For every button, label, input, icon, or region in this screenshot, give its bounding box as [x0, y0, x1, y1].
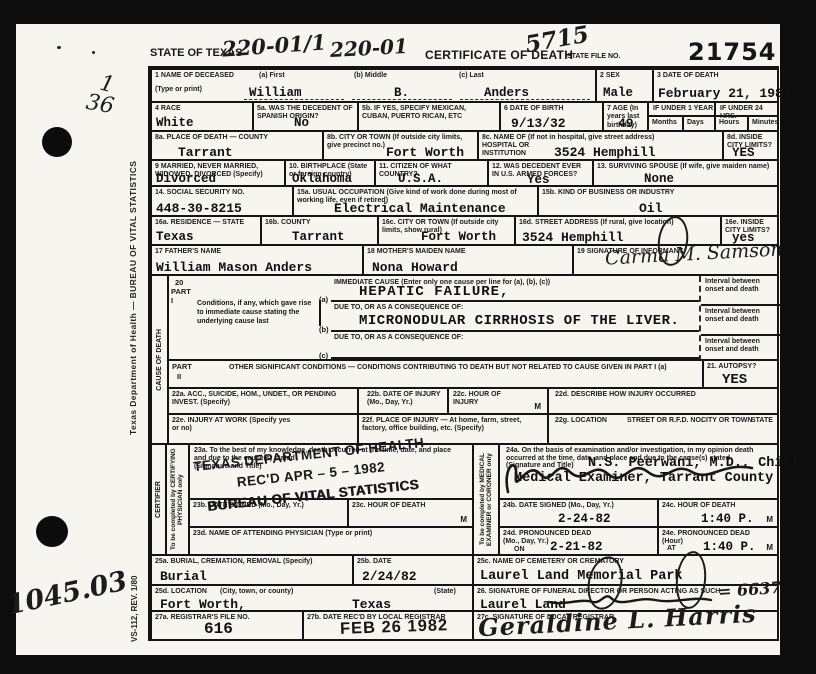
injury-location-label: 22g. LOCATION [555, 417, 607, 425]
handwritten-code-2: 220-01 [329, 34, 408, 62]
injury-street-label: STREET OR R.F.D. NO. [627, 417, 703, 425]
punch-hole-bottom [36, 516, 68, 547]
cause-part1-section: 20 PART I IMMEDIATE CAUSE (Enter only on… [167, 274, 777, 359]
interval-label-a: Interval between onset and death [705, 278, 775, 295]
hours-label: Hours [719, 119, 739, 127]
hour-of-death-24c-m: M [766, 515, 773, 524]
field-date-of-death: 3 DATE OF DEATH February 21, 1982 [652, 68, 777, 101]
location-sub-label: (City, town, or county) [220, 588, 293, 596]
cemetery-value: Laurel Land Memorial Park [480, 569, 683, 584]
cause-a-value: HEPATIC FAILURE, [359, 284, 509, 300]
spouse-label: 13. SURVIVING SPOUSE (If wife, give maid… [597, 163, 775, 171]
field-mother-name: 18 MOTHER'S MAIDEN NAME Nona Howard [362, 244, 572, 274]
field-residence-street: 16d. STREET ADDRESS (If rural, give loca… [514, 215, 720, 244]
field-27a: 27a. REGISTRAR'S FILE NO. 616 [150, 610, 302, 639]
field-24c: 24c. HOUR OF DEATH 1:40 P. M [657, 498, 777, 526]
underline [352, 99, 452, 100]
field-industry: 15b. KIND OF BUSINESS OR INDUSTRY Oil [537, 185, 777, 215]
other-conditions-label: OTHER SIGNIFICANT CONDITIONS — CONDITION… [229, 364, 689, 372]
spanish-specify-label: 5b. IF YES, SPECIFY MEXICAN, CUBAN, PUER… [362, 105, 492, 122]
interval-column: Interval between onset and death Interva… [699, 276, 781, 361]
citizen-value: U.S.A. [398, 172, 443, 186]
hospital-label2: HOSPITAL OR [482, 142, 529, 150]
field-autopsy: 21. AUTOPSY? YES [702, 359, 777, 387]
part2-number: II [177, 373, 181, 382]
field-24d: 24d. PRONOUNCED DEAD (Mo., Day, Yr.) ON … [498, 526, 657, 554]
field-father-name: 17 FATHER'S NAME William Mason Anders [150, 244, 362, 274]
field-25b: 25b. DATE 2/24/82 [352, 554, 472, 584]
certificate-number: 21754 [688, 38, 777, 66]
date-of-birth-value: 9/13/32 [511, 116, 566, 131]
field-27b: 27b. DATE REC'D BY LOCAL REGISTRAR FEB 2… [302, 610, 472, 639]
pronounced-date-value: 2-21-82 [550, 540, 603, 554]
sex-label: 2 SEX [600, 72, 620, 80]
burial-label: 25a. BURIAL, CREMATION, REMOVAL (Specify… [155, 558, 313, 566]
minutes-label: Minutes [752, 119, 778, 127]
first-name-value: William [249, 86, 302, 100]
hospital-label3: INSTITUTION [482, 150, 526, 158]
due-to-2: DUE TO, OR AS A CONSEQUENCE OF: [334, 334, 463, 342]
scan-speck [92, 51, 95, 54]
field-spanish-specify: 5b. IF YES, SPECIFY MEXICAN, CUBAN, PUER… [357, 101, 499, 130]
attending-physician-label: 23d. NAME OF ATTENDING PHYSICIAN (Type o… [193, 530, 372, 538]
under-1-year-label: IF UNDER 1 YEAR [653, 105, 715, 113]
line-b-label: (b) [319, 326, 329, 335]
date-of-death-label: 3 DATE OF DEATH [657, 72, 719, 80]
how-injury-label: 22d. DESCRIBE HOW INJURY OCCURRED [555, 391, 696, 399]
cause-part2-section: PART II OTHER SIGNIFICANT CONDITIONS — C… [167, 359, 702, 387]
pronounced-hour-m: M [766, 543, 773, 552]
physician-strip-label: To be completed by CERTIFYING PHYSICIAN … [170, 445, 184, 554]
field-under-1-year: IF UNDER 1 YEAR Months Days [647, 101, 714, 130]
residence-state-label: 16a. RESIDENCE — STATE [155, 219, 244, 227]
residence-city-value: Fort Worth [421, 230, 496, 244]
field-how-injury: 22d. DESCRIBE HOW INJURY OCCURRED [547, 387, 777, 413]
injury-state-label: STATE [751, 417, 773, 425]
punch-hole-top [42, 127, 72, 157]
underline [244, 99, 344, 100]
examiner-strip-label: To be completed by MEDICAL EXAMINER or C… [479, 445, 493, 554]
date-of-injury-label: 22b. DATE OF INJURY (Mo., Day, Yr.) [367, 391, 445, 408]
certifier-vertical-label: CERTIFIER [155, 481, 163, 518]
hospital-value: 3524 Hemphill [554, 145, 655, 160]
part2-label: PART [172, 363, 192, 372]
scanned-death-certificate: 1 36 Texas Department of Health — BUREAU… [0, 0, 816, 674]
hour-of-death-24c-label: 24c. HOUR OF DEATH [662, 502, 735, 510]
field-birthplace: 10. BIRTHPLACE (State or foreign country… [284, 159, 374, 185]
field-name-sub: (Type or print) [155, 86, 202, 94]
date-signed-24b-label: 24b. DATE SIGNED (Mo., Day, Yr.) [503, 502, 614, 510]
field-spanish-origin: 5a. WAS THE DECEDENT OF SPANISH ORIGIN? … [252, 101, 357, 130]
hour-of-death-23c-label: 23c. HOUR OF DEATH [352, 502, 425, 510]
field-armed-forces: 12. WAS DECEDENT EVER IN U.S. ARMED FORC… [487, 159, 592, 185]
interval-divider-2 [701, 334, 781, 336]
conditions-note: Conditions, if any, which gave rise to i… [197, 300, 321, 326]
cause-b-underline [331, 330, 699, 332]
field-name-label: 1 NAME OF DECEASED [155, 72, 245, 80]
margin-handwritten-36: 36 [84, 90, 116, 119]
autopsy-value: YES [722, 372, 747, 388]
injury-city-label: CITY OR TOWN [701, 417, 752, 425]
field-inside-city-limits-1: 8d. INSIDE CITY LIMITS? YES [722, 130, 777, 159]
part1-label: PART I [171, 288, 195, 306]
last-name-value: Anders [484, 86, 529, 100]
middle-name-value: B. [394, 86, 409, 100]
field-occupation: 15a. USUAL OCCUPATION (Give kind of work… [292, 185, 537, 215]
field-citizen: 11. CITIZEN OF WHAT COUNTRY? U.S.A. [374, 159, 487, 185]
hour-of-death-23c-m: M [460, 515, 467, 524]
field-24b: 24b. DATE SIGNED (Mo., Day, Yr.) 2-24-82 [498, 498, 657, 526]
hospital-label: 8c. NAME OF (If not in hospital, give st… [482, 134, 712, 142]
cause-of-death-strip: CAUSE OF DEATH [150, 274, 167, 443]
registrar-file-value: 616 [204, 620, 233, 638]
field-25a: 25a. BURIAL, CREMATION, REMOVAL (Specify… [150, 554, 352, 584]
hour-of-injury-label: 22c. HOUR OF INJURY [453, 391, 513, 408]
underline [460, 99, 590, 100]
injury-at-work-label: 22e. INJURY AT WORK (Specify yes or no) [172, 417, 292, 434]
last-name-label: (c) Last [459, 72, 484, 80]
industry-value: Oil [639, 201, 662, 216]
birthplace-value: Oklahoma [292, 172, 352, 186]
field-hospital: 8c. NAME OF (If not in hospital, give st… [477, 130, 722, 159]
hour-of-death-24c-value: 1:40 P. [701, 512, 754, 526]
months-label: Months [652, 119, 677, 127]
registrar-file-label: 27a. REGISTRAR'S FILE NO. [155, 614, 250, 622]
inside-city-limits-1-value: YES [732, 146, 755, 160]
burial-value: Burial [160, 569, 207, 584]
date-of-birth-label: 6 DATE OF BIRTH [504, 105, 563, 113]
pod-county-label: 8a. PLACE OF DEATH — COUNTY [155, 134, 268, 142]
physician-strip: To be completed by CERTIFYING PHYSICIAN … [165, 443, 188, 554]
mother-name-value: Nona Howard [372, 260, 458, 275]
examiner-signature [500, 452, 760, 497]
acc-suicide-label: 22a. ACC., SUICIDE, HOM., UNDET., OR PEN… [172, 391, 352, 408]
pronounced-hour-value: 1:40 P. [703, 540, 756, 554]
date-signed-24b-value: 2-24-82 [558, 512, 611, 526]
race-label: 4 RACE [155, 105, 181, 113]
field-24e: 24e. PRONOUNCED DEAD (Hour) AT 1:40 P. M [657, 526, 777, 554]
industry-label: 15b. KIND OF BUSINESS OR INDUSTRY [542, 189, 674, 197]
place-of-injury-label: 22f. PLACE OF INJURY — At home, farm, st… [362, 417, 542, 434]
field-residence-county: 16b. COUNTY Tarrant [260, 215, 377, 244]
field-25d: 25d. LOCATION (City, town, or county) (S… [150, 584, 472, 610]
field-23c: 23c. HOUR OF DEATH M [347, 498, 472, 526]
date-of-death-value: February 21, 1982 [658, 86, 791, 101]
mother-name-label: 18 MOTHER'S MAIDEN NAME [367, 248, 466, 256]
conditions-note-text: Conditions, if any, which gave rise to i… [197, 300, 315, 326]
first-name-label: (a) First [259, 72, 285, 80]
pronounced-on-label: ON [514, 546, 525, 554]
field-residence-city: 16c. CITY OR TOWN (If outside city limit… [377, 215, 514, 244]
form-number-vertical: VS-112, REV. 1/80 [130, 556, 139, 642]
field-marital-status: 9 MARRIED, NEVER MARRIED, WIDOWED, DIVOR… [150, 159, 284, 185]
age-value: 49 [618, 116, 634, 131]
field-23d: 23d. NAME OF ATTENDING PHYSICIAN (Type o… [188, 526, 472, 554]
occupation-value: Electrical Maintenance [334, 201, 506, 216]
spanish-origin-value: No [294, 116, 309, 130]
location-label: 25d. LOCATION [155, 588, 207, 596]
location-state-label: (State) [434, 588, 456, 596]
marital-value: Divorced [156, 172, 216, 186]
state-file-label: STATE FILE NO. [567, 53, 620, 60]
days-label: Days [687, 119, 704, 127]
cause-of-death-vertical-label: CAUSE OF DEATH [156, 329, 164, 391]
residence-street-value: 3524 Hemphill [522, 230, 623, 245]
certifier-strip: CERTIFIER [150, 443, 165, 554]
field-age: 7 AGE (In years last birthday) 49 [602, 101, 647, 130]
pod-county-value: Tarrant [178, 145, 233, 160]
due-to-1: DUE TO, OR AS A CONSEQUENCE OF: [334, 304, 463, 312]
pod-city-value: Fort Worth [386, 145, 464, 160]
field-place-of-death-county: 8a. PLACE OF DEATH — COUNTY Tarrant [150, 130, 322, 159]
field-name: 1 NAME OF DECEASED (Type or print) (a) F… [150, 68, 595, 101]
ssn-label: 14. SOCIAL SECURITY NO. [155, 189, 245, 197]
line-a-label: (a) [319, 296, 328, 305]
field-under-24-hrs: IF UNDER 24 HRS. Hours Minutes [714, 101, 777, 130]
field-injury-at-work: 22e. INJURY AT WORK (Specify yes or no) [167, 413, 357, 443]
field-date-of-birth: 6 DATE OF BIRTH 9/13/32 [499, 101, 602, 130]
ssn-value: 448-30-8215 [156, 201, 242, 216]
field-place-of-death-city: 8b. CITY OR TOWN (If outside city limits… [322, 130, 477, 159]
interval-divider-1 [701, 304, 781, 306]
cause-b-value: MICRONODULAR CIRRHOSIS OF THE LIVER. [359, 313, 679, 329]
residence-state-value: Texas [156, 230, 194, 244]
hour-of-injury-m: M [534, 402, 541, 411]
examiner-strip: To be completed by MEDICAL EXAMINER or C… [472, 443, 498, 554]
field-25c: 25c. NAME OF CEMETERY OR CREMATORY Laure… [472, 554, 777, 584]
burial-date-value: 2/24/82 [362, 569, 417, 584]
father-name-label: 17 FATHER'S NAME [155, 248, 221, 256]
sex-value: Male [603, 86, 633, 100]
burial-date-label: 25b. DATE [357, 558, 392, 566]
field-sex: 2 SEX Male [595, 68, 652, 101]
pronounced-at-label: AT [667, 545, 676, 553]
interval-label-c: Interval between onset and death [705, 338, 775, 355]
spouse-value: None [644, 172, 674, 186]
field-surviving-spouse: 13. SURVIVING SPOUSE (If wife, give maid… [592, 159, 777, 185]
middle-name-label: (b) Middle [354, 72, 387, 80]
field-ssn: 14. SOCIAL SECURITY NO. 448-30-8215 [150, 185, 292, 215]
race-value: White [156, 116, 194, 130]
field-residence-state: 16a. RESIDENCE — STATE Texas [150, 215, 260, 244]
father-name-value: William Mason Anders [156, 260, 312, 275]
interval-label-b: Interval between onset and death [705, 308, 775, 325]
residence-county-value: Tarrant [292, 230, 345, 244]
autopsy-label: 21. AUTOPSY? [707, 363, 756, 371]
cause-a-underline [331, 300, 699, 302]
field-acc-suicide: 22a. ACC., SUICIDE, HOM., UNDET., OR PEN… [167, 387, 357, 413]
residence-county-label: 16b. COUNTY [265, 219, 311, 227]
field-date-of-injury: 22b. DATE OF INJURY (Mo., Day, Yr.) [357, 387, 447, 413]
margin-vertical-text: Texas Department of Health — BUREAU OF V… [128, 70, 138, 435]
field-hour-of-injury: 22c. HOUR OF INJURY M [447, 387, 547, 413]
date-received-stamp: FEB 26 1982 [340, 616, 449, 639]
field-race: 4 RACE White [150, 101, 252, 130]
field-injury-location: 22g. LOCATION STREET OR R.F.D. NO. CITY … [547, 413, 777, 443]
scan-speck [57, 46, 61, 49]
